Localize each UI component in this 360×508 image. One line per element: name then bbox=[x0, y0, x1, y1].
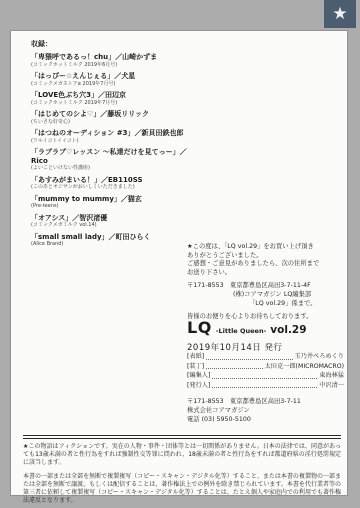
work-title: 「はつねのオーディション #3」／新貝田鉄也郎 bbox=[31, 129, 189, 138]
toc-entry: 「はつねのオーディション #3」／新貝田鉄也郎 (ワルイコトイイコト) bbox=[31, 129, 189, 144]
credit-row: [装丁] 太田克一郎(MICROMACRO) bbox=[187, 362, 344, 372]
notice-address-line: (株)コアマガジン LQ編集部 bbox=[187, 291, 349, 300]
credit-row: [発行人] 中沢清一 bbox=[187, 381, 344, 391]
work-source: (よいこといけない性講座) bbox=[31, 165, 189, 172]
work-title: 「small small lady」／町田ひらく bbox=[31, 233, 189, 242]
address-line: 株式会社コアマガジン bbox=[187, 406, 347, 415]
dotted-leader bbox=[206, 359, 292, 360]
notice-address-line: 〒171-8553 東京都豊島区高田3-7-11-4F bbox=[187, 282, 349, 291]
dotted-leader bbox=[206, 368, 262, 369]
notice-line: ★この度は、「LQ vol.29」をお買い上げ頂き bbox=[187, 243, 349, 252]
work-source: (Alice Brand) bbox=[31, 241, 189, 248]
credit-value: 東海林猛 bbox=[319, 371, 344, 381]
reader-notice: ★この度は、「LQ vol.29」をお買い上げ頂き ありがとうございました。 ご… bbox=[187, 243, 349, 322]
manga-viewer-screen: { "colors": { "background": "#acacac", "… bbox=[0, 0, 360, 508]
work-source: (コミックホットミルク 2019年7月号) bbox=[31, 100, 189, 107]
legal-notice: ★この物語はフィクションです。実在の人物・事件・団体等とは一切関係がありません。… bbox=[23, 443, 341, 508]
legal-paragraph-fiction: ★この物語はフィクションです。実在の人物・事件・団体等とは一切関係がありません。… bbox=[23, 443, 341, 467]
magazine-logo: LQ bbox=[187, 318, 212, 337]
star-icon: ★ bbox=[332, 6, 347, 23]
toc-section: 収録： 「卑猥呼であるっ！chu」／山崎かずま (コミックホットミルク 2019… bbox=[31, 39, 189, 252]
toc-heading: 収録： bbox=[31, 39, 189, 49]
dotted-leader bbox=[212, 378, 317, 379]
publisher-address: 〒171-8553 東京都豊島区高田3-7-11 株式会社コアマガジン 電話 (… bbox=[187, 397, 347, 424]
work-source: (コミックホットミルク 2019年6月号) bbox=[31, 62, 189, 69]
address-line: 〒171-8553 東京都豊島区高田3-7-11 bbox=[187, 397, 347, 406]
toc-entry: 「オアシス」／智沢渚優 (コミックメガミルク vol.14) bbox=[31, 214, 189, 229]
credit-label: [装丁] bbox=[187, 362, 204, 372]
credit-label: [発行人] bbox=[187, 381, 210, 391]
credit-value: 太田克一郎(MICROMACRO) bbox=[265, 362, 344, 372]
credit-row: [編集人] 東海林猛 bbox=[187, 371, 344, 381]
legal-paragraph-copyright: 本書の一部または全部を無断で複製複写（コピー・スキャン・デジタル化等）すること、… bbox=[23, 473, 341, 505]
toc-entry: 「small small lady」／町田ひらく (Alice Brand) bbox=[31, 233, 189, 248]
toc-entry: 「LOVE色ぶち穴3」／田辺京 (コミックホットミルク 2019年7月号) bbox=[31, 91, 189, 106]
magazine-subtitle: -Little Queen- bbox=[216, 327, 266, 335]
toc-entry: 「mummy to mummy」／猫玄 (Pre-teens) bbox=[31, 195, 189, 210]
work-source: (Pre-teens) bbox=[31, 203, 189, 210]
work-source: (ちいさな好奇心) bbox=[31, 119, 189, 126]
credit-value: 玉乃井ぺろめくり bbox=[295, 352, 345, 362]
notice-line: お送り下さい。 bbox=[187, 269, 349, 278]
notice-line: ご感想・ご意見がありましたら、次の住所まで bbox=[187, 260, 349, 269]
double-rule-divider bbox=[23, 435, 341, 439]
work-source: (コミックメガストアα 2019年7月号) bbox=[31, 81, 189, 88]
work-title: 「卑猥呼であるっ！chu」／山崎かずま bbox=[31, 53, 189, 62]
work-source: (ワルイコトイイコト) bbox=[31, 138, 189, 145]
toc-entry: 「はっぴー☆えんじぇる」／犬星 (コミックメガストアα 2019年7月号) bbox=[31, 72, 189, 87]
work-title: 「LOVE色ぶち穴3」／田辺京 bbox=[31, 91, 189, 100]
dotted-leader bbox=[212, 387, 317, 388]
toc-entry: 「はじめてのシよ♡」／藤坂リリック (ちいさな好奇心) bbox=[31, 110, 189, 125]
credit-value: 中沢清一 bbox=[319, 381, 344, 391]
publication-block: LQ -Little Queen- vol.29 2019年10月14日 発行 bbox=[187, 318, 347, 353]
bookmark-star-button[interactable]: ★ bbox=[324, 0, 356, 28]
colophon-page: 収録： 「卑猥呼であるっ！chu」／山崎かずま (コミックホットミルク 2019… bbox=[10, 30, 348, 496]
work-title: 「はじめてのシよ♡」／藤坂リリック bbox=[31, 110, 189, 119]
credits-section: [表紙] 玉乃井ぺろめくり [装丁] 太田克一郎(MICROMACRO) [編集… bbox=[187, 352, 344, 390]
work-source: (このあとオジサンがおいしくいただきました) bbox=[31, 184, 189, 191]
work-title: 「はっぴー☆えんじぇる」／犬星 bbox=[31, 72, 189, 81]
toc-entry: 「ラブラブ♡レッスン ～私達だけを見てっー」／Rico (よいこといけない性講座… bbox=[31, 148, 189, 172]
volume-number: vol.29 bbox=[270, 324, 306, 336]
work-title: 「mummy to mummy」／猫玄 bbox=[31, 195, 189, 204]
work-title: 「オアシス」／智沢渚優 bbox=[31, 214, 189, 223]
toc-entry: 「あすみがまいる！」／EB110SS (このあとオジサンがおいしくいただきました… bbox=[31, 176, 189, 191]
work-title: 「あすみがまいる！」／EB110SS bbox=[31, 176, 189, 185]
work-source: (コミックメガミルク vol.14) bbox=[31, 222, 189, 229]
credit-label: [編集人] bbox=[187, 371, 210, 381]
credit-label: [表紙] bbox=[187, 352, 204, 362]
address-line: 電話 (03) 5950-5100 bbox=[187, 415, 347, 424]
credit-row: [表紙] 玉乃井ぺろめくり bbox=[187, 352, 344, 362]
publication-title-row: LQ -Little Queen- vol.29 bbox=[187, 318, 347, 337]
toc-entry: 「卑猥呼であるっ！chu」／山崎かずま (コミックホットミルク 2019年6月号… bbox=[31, 53, 189, 68]
work-title: 「ラブラブ♡レッスン ～私達だけを見てっー」／Rico bbox=[31, 148, 189, 165]
notice-line: ありがとうございました。 bbox=[187, 252, 349, 261]
notice-address-line: 「LQ vol.29」係まで。 bbox=[187, 300, 349, 309]
